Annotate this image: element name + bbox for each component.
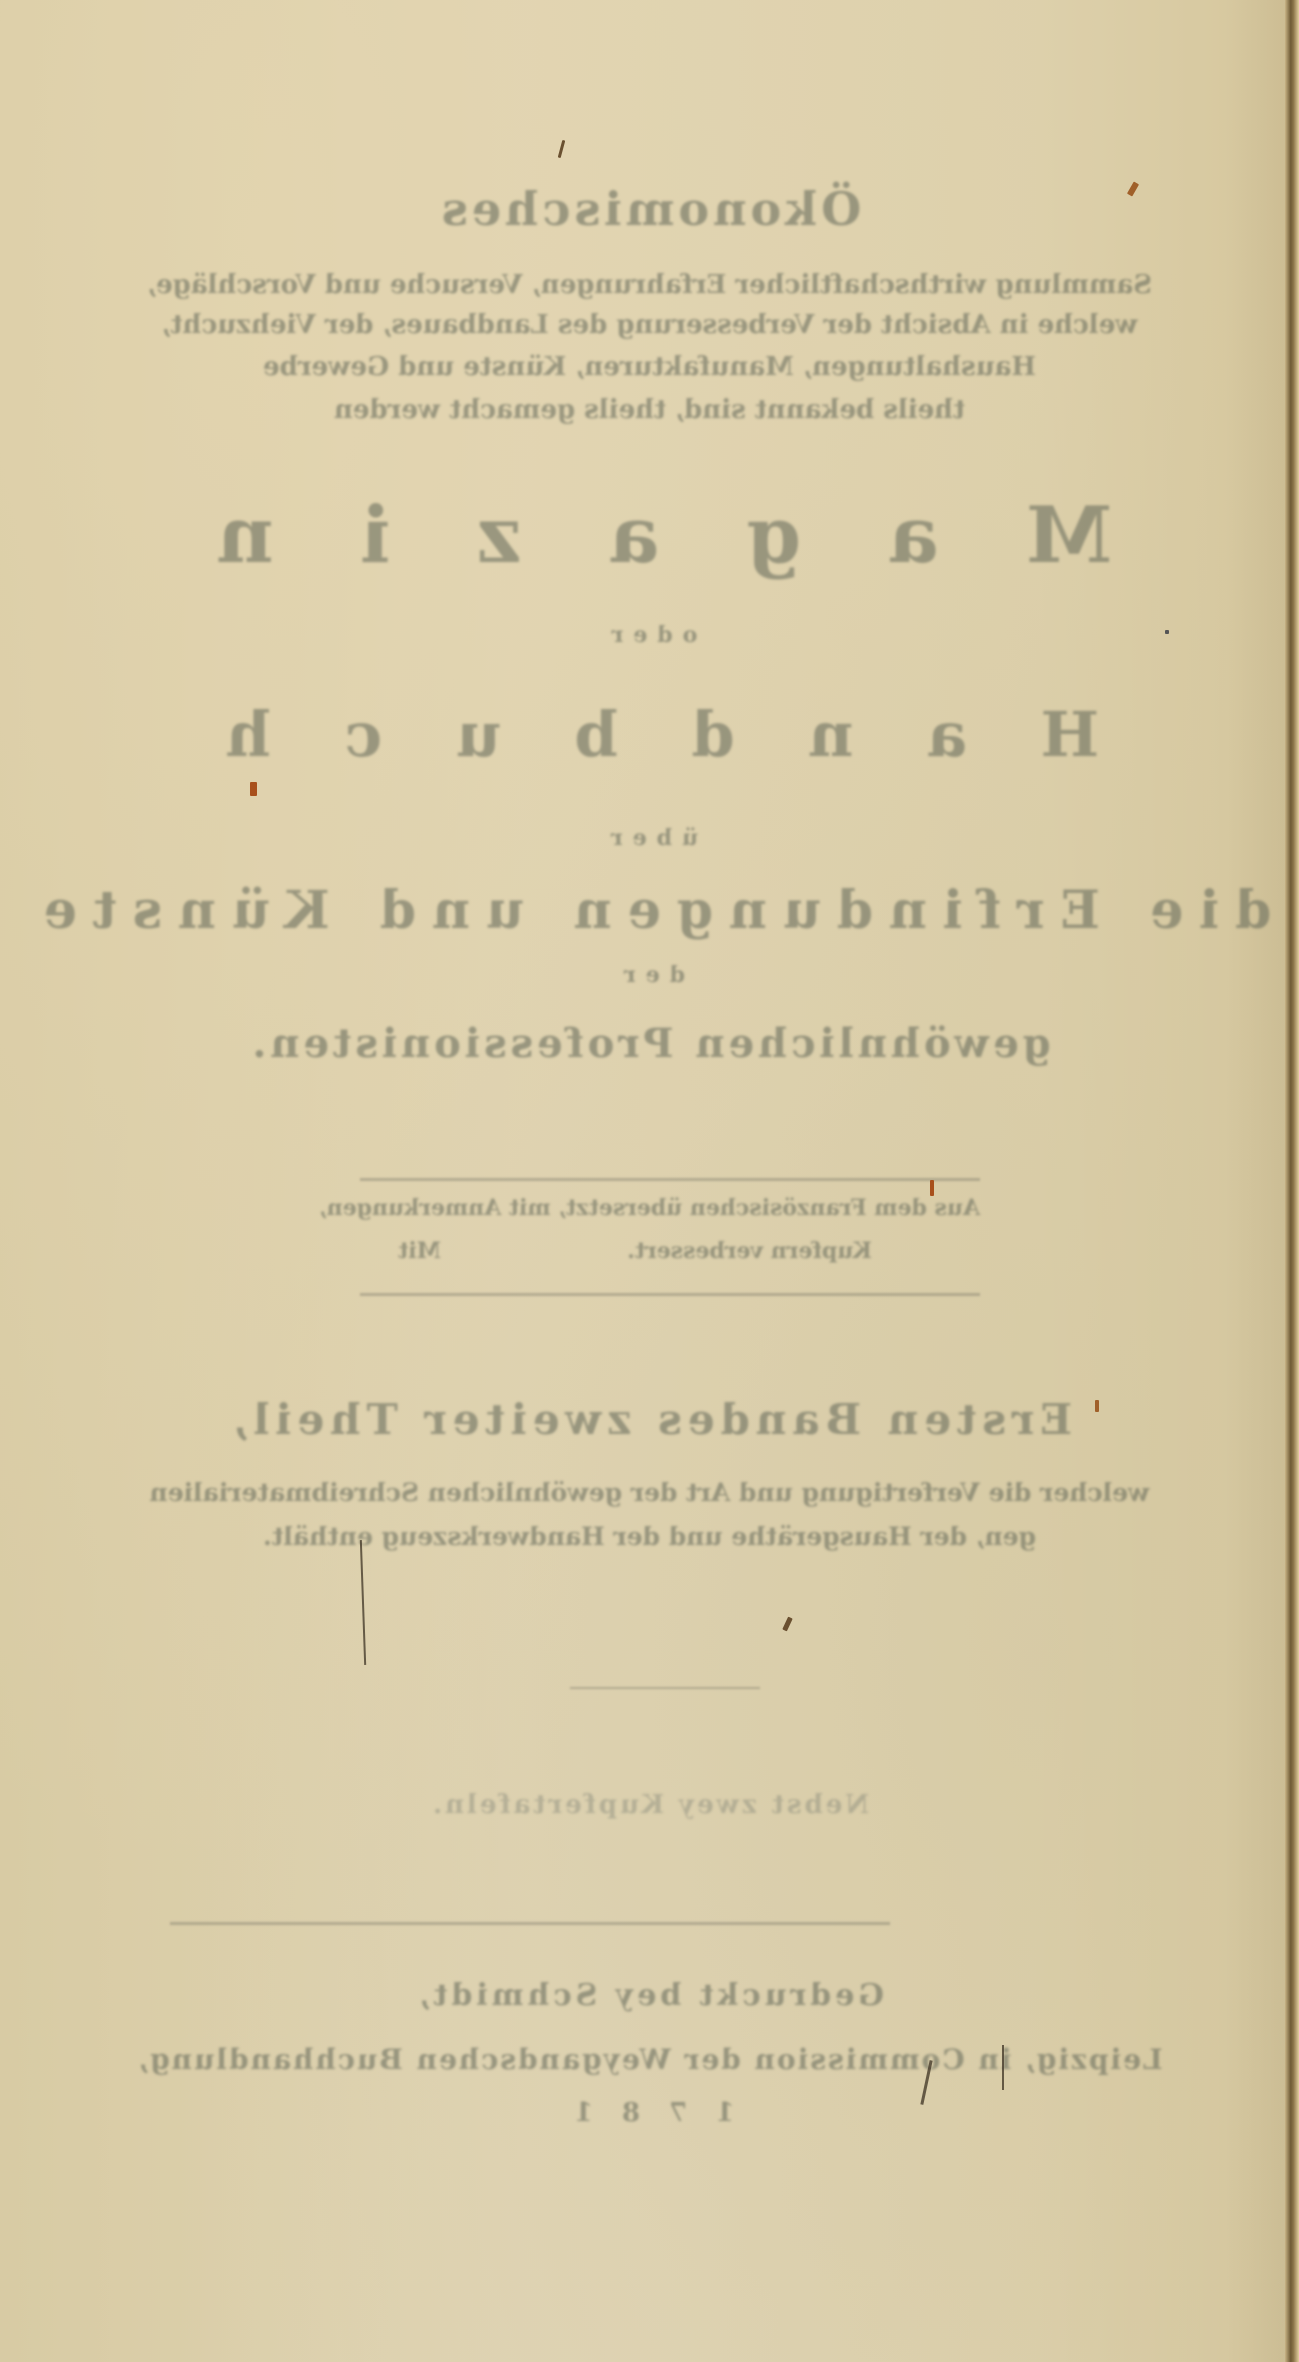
preamble-line-4: theils bekannt sind, theils gemacht werd… — [0, 395, 1299, 425]
paper-speck — [250, 782, 257, 796]
connector-3: der — [0, 962, 1299, 988]
connector-2: über — [0, 825, 1299, 851]
imprint-line-1: Aus dem Französischen übersetzt, mit Anm… — [0, 1195, 1299, 1221]
paper-fiber-mark — [1002, 2045, 1004, 2090]
rule-top — [360, 1178, 980, 1181]
header-line: Ökonomisches — [0, 182, 1299, 236]
preamble-line-2: welche in Absicht der Verbesserung des L… — [0, 310, 1299, 340]
year-line: 1 7 8 1 — [0, 2098, 1299, 2128]
paper-speck — [1165, 630, 1169, 634]
preamble-line-3: Haushaltungen, Manufakturen, Künste und … — [0, 352, 1299, 382]
title-line-1: M a g a z i n — [0, 490, 1299, 581]
rule-bottom — [360, 1293, 980, 1296]
connector-1: oder — [0, 622, 1299, 648]
paper-speck — [930, 1180, 934, 1196]
preamble-line-1: Sammlung wirthschaftlicher Erfahrungen, … — [0, 270, 1299, 300]
printer-line-2: Leipzig, in Commission der Weygandschen … — [0, 2043, 1299, 2076]
imprint-line-2b: Kupfern verbessert. — [100, 1238, 1299, 1264]
scanned-page: Ökonomisches Sammlung wirthschaftlicher … — [0, 0, 1299, 2362]
title-line-4: gewöhnlichen Professionisten. — [0, 1020, 1299, 1067]
printer-line-1: Gedruckt bey Schmidt, — [0, 1978, 1299, 2013]
paper-speck — [1095, 1400, 1099, 1412]
title-line-2: H a n d b u c h — [0, 698, 1299, 771]
title-line-3: die Erfindungen und Künste — [0, 880, 1299, 941]
paper-speck — [782, 1617, 792, 1632]
short-rule — [570, 1687, 760, 1689]
volume-desc-2: gen, der Hausgeräthe und der Handwerksze… — [0, 1522, 1299, 1551]
volume-line: Ersten Bandes zweiter Theil, — [0, 1395, 1299, 1444]
paper-fiber-mark — [360, 1540, 366, 1665]
paper-speck — [558, 140, 566, 158]
publisher-note: Nebst zwey Kupfertafeln. — [0, 1790, 1299, 1820]
volume-desc-1: welcher die Verfertigung und Art der gew… — [0, 1478, 1299, 1507]
rule-printer — [170, 1922, 890, 1925]
